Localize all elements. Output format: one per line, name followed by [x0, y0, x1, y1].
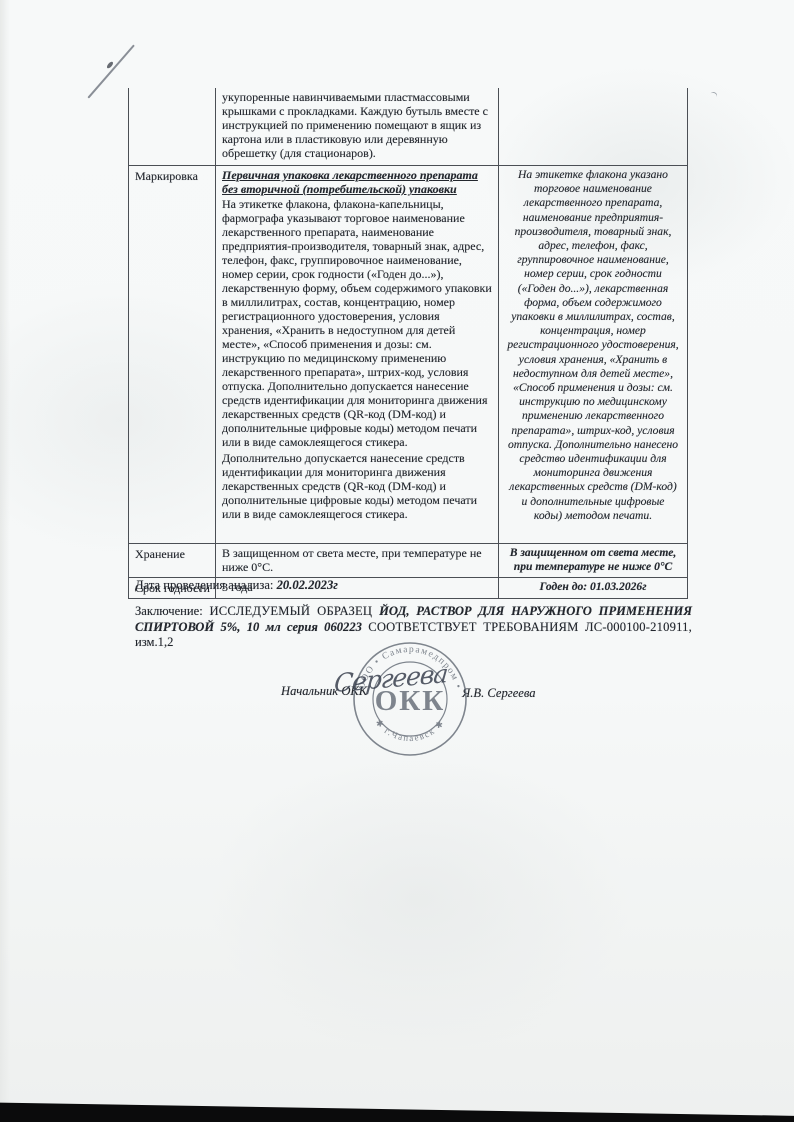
stamp-city-text: ✱ г.Чапаевск ✱ [373, 717, 446, 743]
right-column-empty [498, 88, 688, 165]
storage-requirement-text: В защищенном от света месте, при темпера… [215, 544, 498, 577]
marking-paragraph-1: На этикетке флакона, флакона-капельницы,… [222, 197, 493, 449]
signer-name: Я.В. Сергеева [462, 686, 536, 701]
storage-result-text: В защищенном от света месте, при темпера… [498, 544, 688, 577]
shelf-life-result: Годен до: 01.03.2026г [498, 578, 688, 598]
scan-speck [709, 91, 718, 100]
conclusion-label: Заключение: [135, 604, 210, 618]
marking-heading: Первичная упаковка лекарственного препар… [222, 168, 493, 196]
conclusion-amendment: изм.1,2 [135, 635, 173, 649]
paragraph: укупоренные навинчиваемыми пластмассовым… [222, 90, 493, 160]
packaging-continuation-text: укупоренные навинчиваемыми пластмассовым… [215, 88, 498, 165]
row-label-storage: Хранение [128, 544, 215, 577]
scanned-document-page: укупоренные навинчиваемыми пластмассовым… [0, 0, 794, 1122]
marking-requirements-text: Первичная упаковка лекарственного препар… [215, 166, 498, 543]
table-row-storage: Хранение В защищенном от света месте, пр… [128, 543, 688, 577]
analysis-date-value: 20.02.2023г [277, 578, 338, 592]
analysis-date-label: Дата проведения анализа: [135, 578, 277, 592]
row-label-empty [128, 88, 215, 165]
row-label-marking: Маркировка [128, 166, 215, 543]
analysis-date-line: Дата проведения анализа: 20.02.2023г [135, 578, 338, 593]
table-row-marking: Маркировка Первичная упаковка лекарствен… [128, 165, 688, 543]
specification-table: укупоренные навинчиваемыми пластмассовым… [128, 88, 688, 599]
marking-paragraph-2: Дополнительно допускается нанесение сред… [222, 451, 493, 521]
marking-result-text: На этикетке флакона указано торговое наи… [498, 166, 688, 543]
conclusion-verdict: СООТВЕТСТВУЕТ ТРЕБОВАНИЯМ ЛС-000100-2109… [368, 620, 692, 634]
round-stamp: ООО • Самарамедпром • ✱ г.Чапаевск ✱ ОКК [350, 639, 470, 759]
table-row-packaging-continuation: укупоренные навинчиваемыми пластмассовым… [128, 88, 688, 165]
scan-edge-band [0, 1100, 794, 1122]
conclusion-sample-intro: ИССЛЕДУЕМЫЙ ОБРАЗЕЦ [210, 604, 380, 618]
